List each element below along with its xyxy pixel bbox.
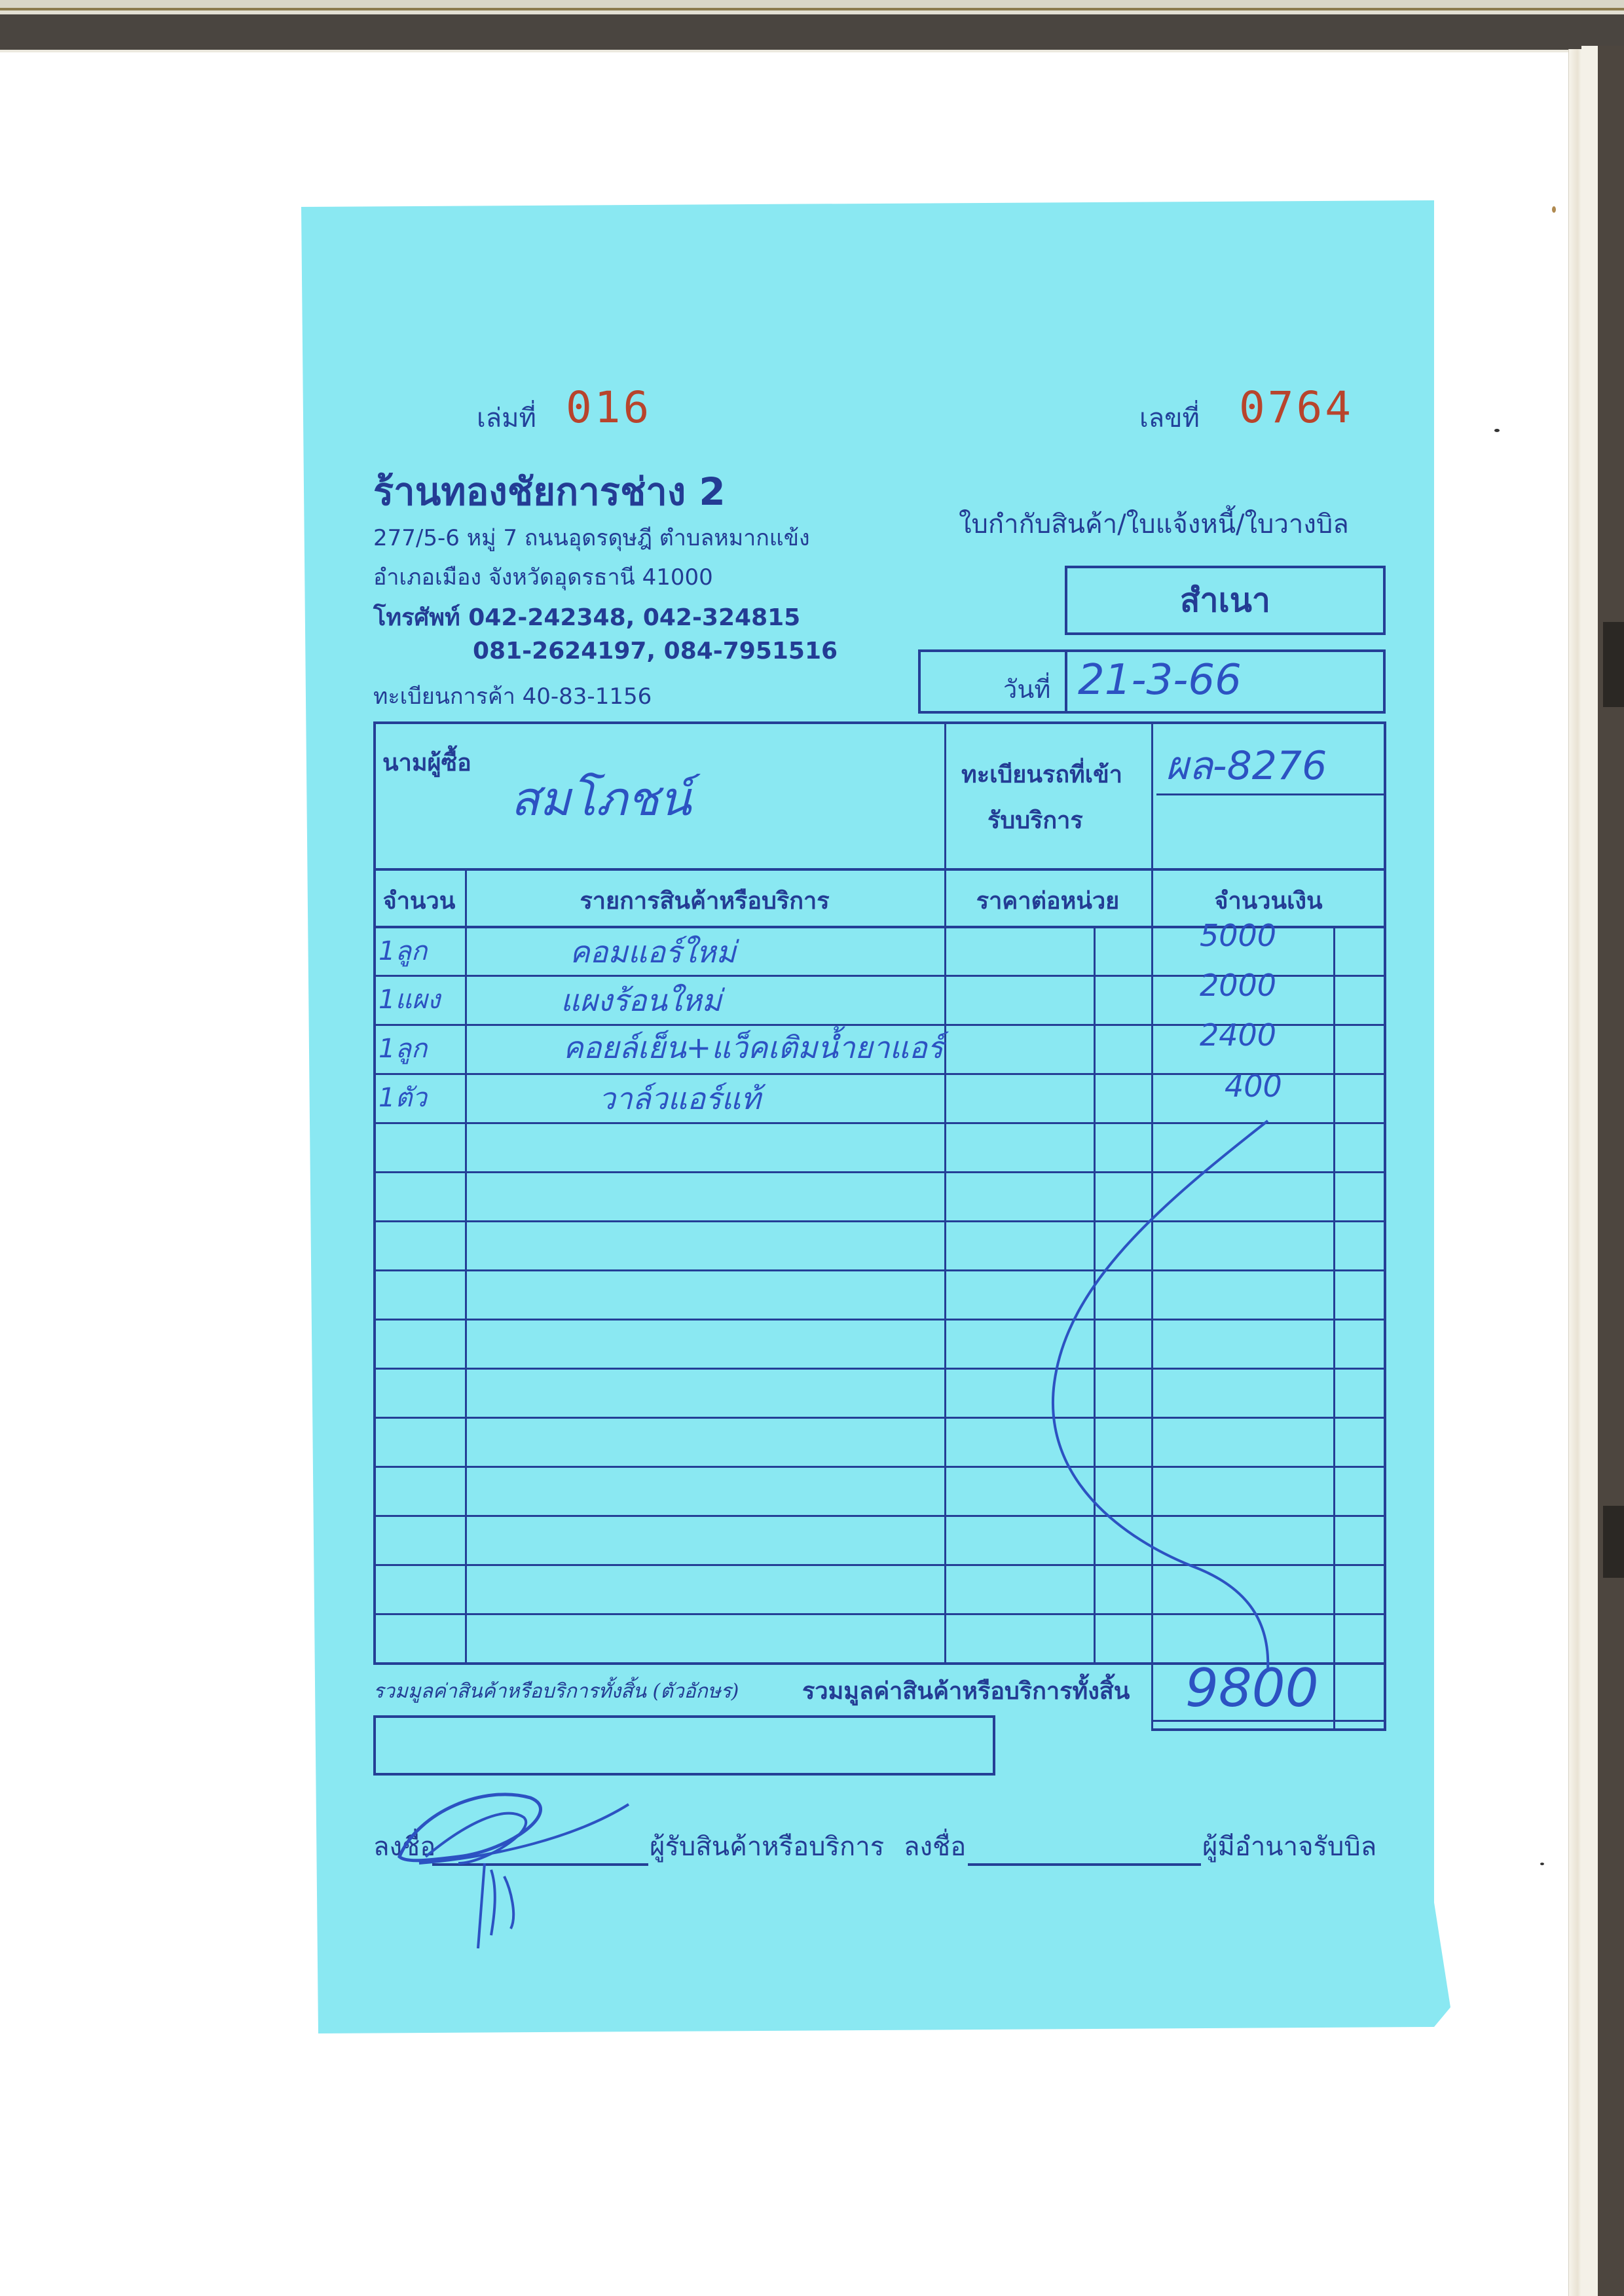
scanner-top-edge	[0, 0, 1624, 52]
binder-clip	[1603, 1506, 1624, 1578]
void-strike-line	[373, 721, 1386, 1730]
total-label: รวมมูลค่าสินค้าหรือบริการทั้งสิ้น	[802, 1672, 1130, 1709]
shop-phone-line2: 081-2624197, 084-7951516	[473, 638, 838, 665]
authorizer-signature-line[interactable]	[968, 1863, 1201, 1866]
shop-registration: ทะเบียนการค้า 40-83-1156	[373, 678, 652, 714]
shop-address-line1: 277/5-6 หมู่ 7 ถนนอุดรดุษฎี ตำบลหมากแข้ง	[373, 520, 810, 555]
date-box: วันที่ 21-3-66	[918, 649, 1386, 714]
number-label: เลขที่	[1139, 397, 1200, 439]
receipt-number: 0764	[1239, 382, 1354, 433]
sign-label-authorizer: ลงชื่อ	[904, 1825, 966, 1867]
dust-speck	[1494, 429, 1500, 432]
dust-speck	[1540, 1863, 1544, 1865]
receiver-signature	[380, 1758, 681, 1975]
date-value[interactable]: 21-3-66	[1078, 656, 1242, 704]
copy-stamp-box: สำเนา	[1065, 566, 1386, 635]
date-divider	[1065, 652, 1067, 711]
date-label: วันที่	[1003, 669, 1050, 709]
receiver-label: ผู้รับสินค้าหรือบริการ	[650, 1825, 884, 1867]
authorizer-label: ผู้มีอำนาจรับบิล	[1202, 1825, 1376, 1867]
dust-speck	[1552, 206, 1556, 213]
total-value[interactable]: 9800	[1185, 1658, 1319, 1719]
shop-name: ร้านทองชัยการช่าง 2	[373, 461, 726, 522]
book-label: เล่มที่	[477, 397, 536, 439]
document-type: ใบกำกับสินค้า/ใบแจ้งหนี้/ใบวางบิล	[959, 503, 1349, 545]
receipt-form: เล่มที่ 016 เลขที่ 0764 ร้านทองชัยการช่า…	[301, 200, 1454, 2033]
total-words-label: รวมมูลค่าสินค้าหรือบริการทั้งสิ้น (ตัวอั…	[373, 1676, 739, 1707]
shop-phone-line1: โทรศัพท์ 042-242348, 042-324815	[373, 598, 800, 636]
scanner-right-edge	[1581, 46, 1624, 2296]
book-number: 016	[566, 382, 652, 433]
shop-address-line2: อำเภอเมือง จังหวัดอุดรธานี 41000	[373, 559, 713, 594]
binder-clip	[1603, 622, 1624, 707]
copy-label: สำเนา	[1180, 575, 1270, 627]
